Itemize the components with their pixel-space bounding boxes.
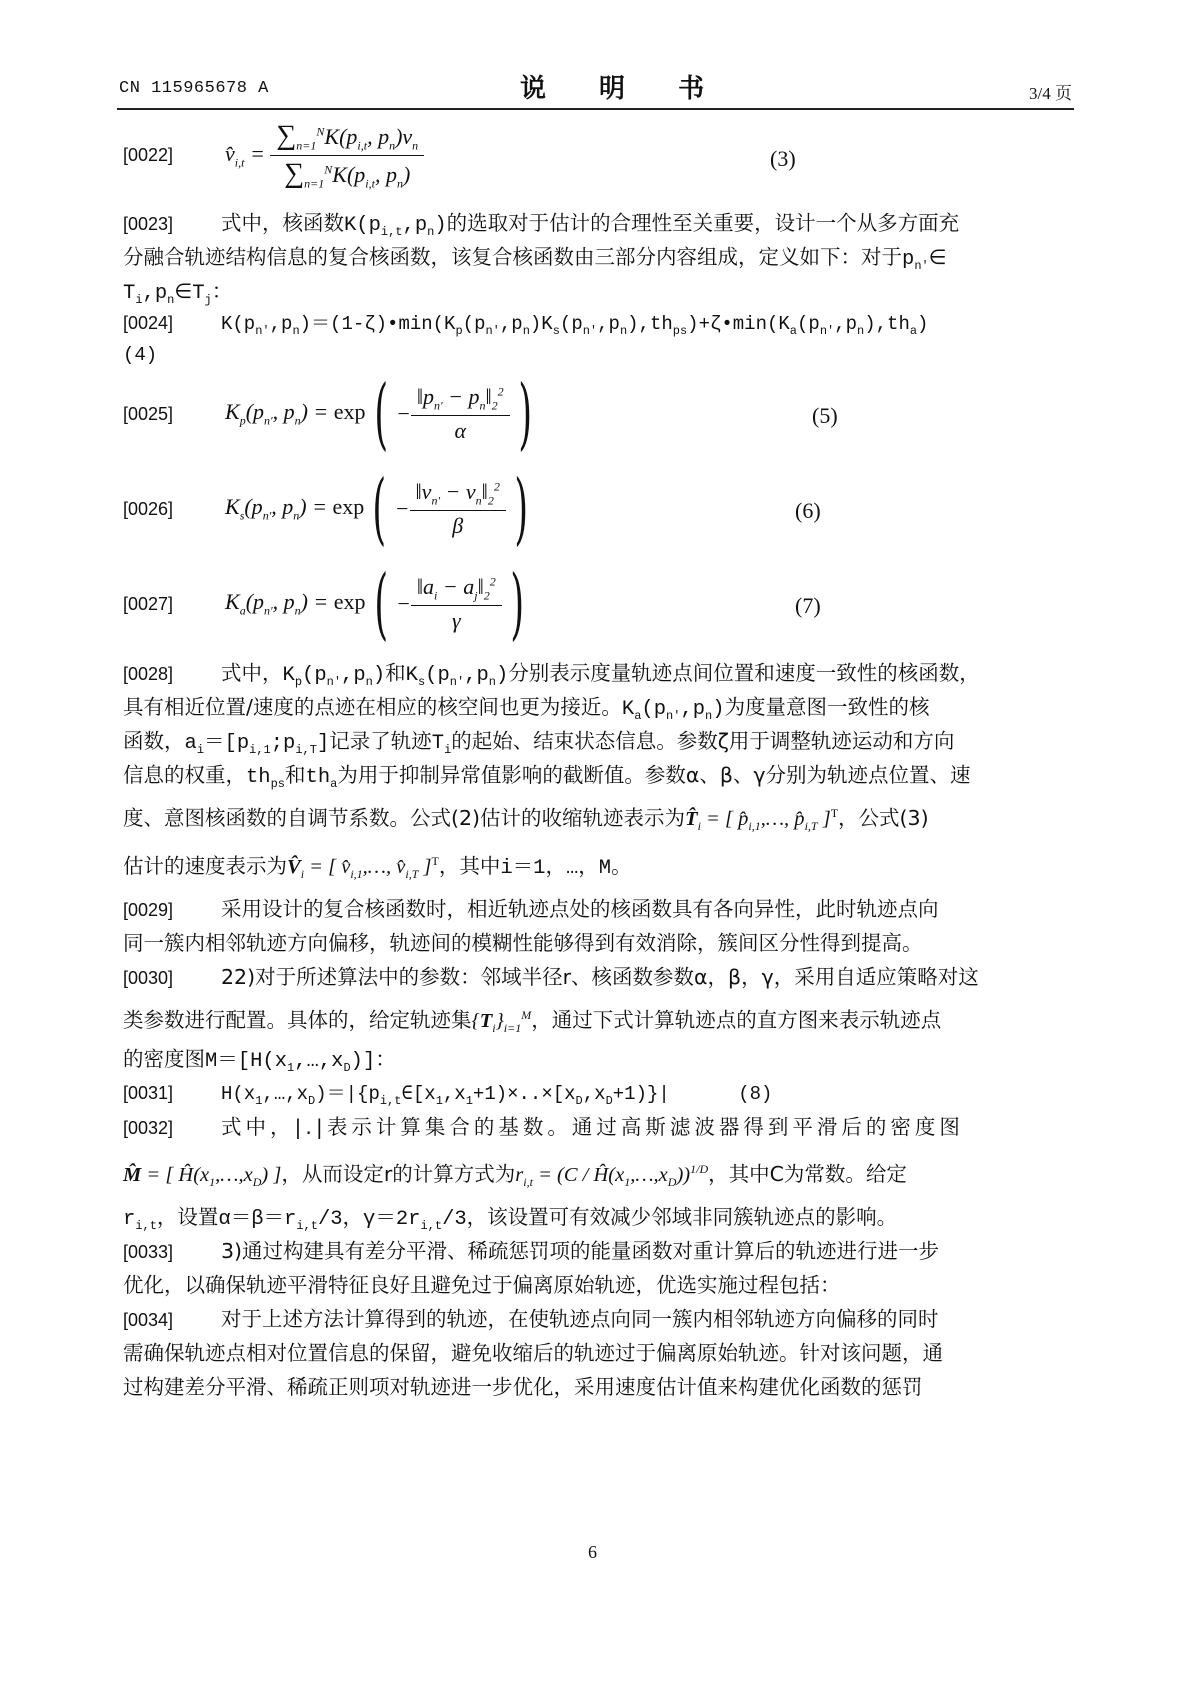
paragraph-0032-line-1: [0032]式中，|.|表示计算集合的基数。通过高斯滤波器得到平滑后的密度图 [123, 1114, 1073, 1141]
paragraph-0028-line-2: 具有相近位置/速度的点迹在相应的核空间也更为接近。Ka(pn',pn)为度量意图… [123, 694, 1073, 729]
equation-fraction: ∑n=1NK(pi,t, pn)vn ∑n=1NK(pi,t, pn) [270, 120, 424, 192]
page-number: 6 [588, 1542, 597, 1563]
paragraph-0034-line-1: [0034]对于上述方法计算得到的轨迹，在使轨迹点向同一簇内相邻轨迹方向偏移的同… [123, 1306, 1073, 1333]
paragraph-0032-line-3: ri,t，设置α＝β＝ri,t/3，γ＝2ri,t/3，该设置可有效减少邻域非同… [123, 1204, 1073, 1239]
paragraph-0028-line-6: 估计的速度表示为V̂i = [ v̂i,1,…, v̂i,T ]T，其中i＝1，… [123, 848, 1073, 887]
paragraph-0033-line-1: [0033]3)通过构建具有差分平滑、稀疏惩罚项的能量函数对重计算后的轨迹进行进… [123, 1238, 1073, 1265]
paragraph-0028-line-3: 函数，ai＝[pi,1;pi,T]记录了轨迹Ti的起始、结束状态信息。参数ζ用于… [123, 728, 1073, 763]
paragraph-0029-line-1: [0029]采用设计的复合核函数时，相近轨迹点处的核函数具有各向异性，此时轨迹点… [123, 896, 1073, 923]
equation-number: (7) [795, 593, 821, 619]
document-title: 说 明 书 [520, 68, 726, 105]
paragraph-0032-line-2: M̂ = [ Ĥ(x1,…,xD) ]，从而设定r的计算方式为ri,t = (C… [123, 1156, 1073, 1195]
paragraph-tag: [0023] [123, 211, 211, 237]
paragraph-tag: [0025] [123, 404, 211, 425]
header-divider [117, 108, 1074, 110]
paragraph-tag: [0027] [123, 594, 211, 615]
paragraph-tag: [0028] [123, 661, 211, 687]
paragraph-tag: [0029] [123, 897, 211, 923]
paragraph-0030-line-3: 的密度图M＝[H(x1,…,xD)]： [123, 1046, 1073, 1081]
page-indicator: 3/4 页 [1029, 79, 1072, 104]
equation-0027: [0027] Ka(pn', pn) = exp(−‖ai − aj‖22γ) [123, 565, 532, 643]
paragraph-tag: [0026] [123, 499, 211, 520]
equation-0025: [0025] Kp(pn', pn) = exp(−‖pn' − pn‖22α) [123, 375, 540, 453]
equation-0031: [0031]H(x1,…,xD)＝|{pi,t∈[x1,x1+1)×..×[xD… [123, 1080, 1073, 1114]
paragraph-0028-line-1: [0028]式中，Kp(pn',pn)和Ks(pn',pn)分别表示度量轨迹点间… [123, 660, 1073, 695]
equation-lhs: v̂i,t = [225, 141, 270, 166]
paragraph-0030-line-2: 类参数进行配置。具体的，给定轨迹集{Ti}i=1M，通过下式计算轨迹点的直方图来… [123, 1002, 1073, 1041]
paragraph-0028-line-5: 度、意图核函数的自调节系数。公式(2)估计的收缩轨迹表示为T̂i = [ p̂i… [123, 800, 1073, 839]
patent-number: CN 115965678 A [119, 79, 269, 98]
equation-number: (3) [770, 146, 796, 172]
paragraph-0023-line-1: [0023]式中，核函数K(pi,t,pn)的选取对于估计的合理性至关重要，设计… [123, 210, 1073, 245]
paragraph-0029-line-2: 同一簇内相邻轨迹方向偏移，轨迹间的模糊性能够得到有效消除，簇间区分性得到提高。 [123, 930, 1073, 956]
paragraph-0023-line-3: Ti,pn∈Tj： [123, 278, 1073, 313]
equation-0024: [0024]K(pn',pn)＝(1-ζ)•min(Kp(pn',pn)Ks(p… [123, 310, 1073, 344]
paragraph-tag: [0030] [123, 965, 211, 991]
equation-0022: [0022] v̂i,t = ∑n=1NK(pi,t, pn)vn ∑n=1NK… [123, 120, 424, 192]
paragraph-tag: [0022] [123, 145, 211, 166]
equation-number: (4) [123, 342, 1073, 368]
equation-number: (5) [812, 403, 838, 429]
paragraph-tag: [0024] [123, 310, 211, 336]
paragraph-0030-line-1: [0030]22)对于所述算法中的参数：邻域半径r、核函数参数α，β，γ，采用自… [123, 964, 1073, 991]
paragraph-0034-line-2: 需确保轨迹点相对位置信息的保留，避免收缩后的轨迹过于偏离原始轨迹。针对该问题，通 [123, 1340, 1073, 1366]
paragraph-0023-line-2: 分融合轨迹结构信息的复合核函数，该复合核函数由三部分内容组成，定义如下：对于pn… [123, 244, 1073, 279]
paragraph-0034-line-3: 过构建差分平滑、稀疏正则项对轨迹进一步优化，采用速度估计值来构建优化函数的惩罚 [123, 1374, 1073, 1400]
paragraph-0028-line-4: 信息的权重，thps和tha为用于抑制异常值影响的截断值。参数α、β、γ分别为轨… [123, 762, 1073, 797]
equation-number: (6) [795, 498, 821, 524]
paragraph-tag: [0034] [123, 1307, 211, 1333]
paragraph-tag: [0031] [123, 1080, 211, 1106]
paragraph-0033-line-2: 优化，以确保轨迹平滑特征良好且避免过于偏离原始轨迹，优选实施过程包括： [123, 1272, 1073, 1298]
paragraph-tag: [0033] [123, 1239, 211, 1265]
equation-0026: [0026] Ks(pn', pn) = exp(−‖vn' − vn‖22β) [123, 470, 536, 548]
paragraph-tag: [0032] [123, 1115, 211, 1141]
